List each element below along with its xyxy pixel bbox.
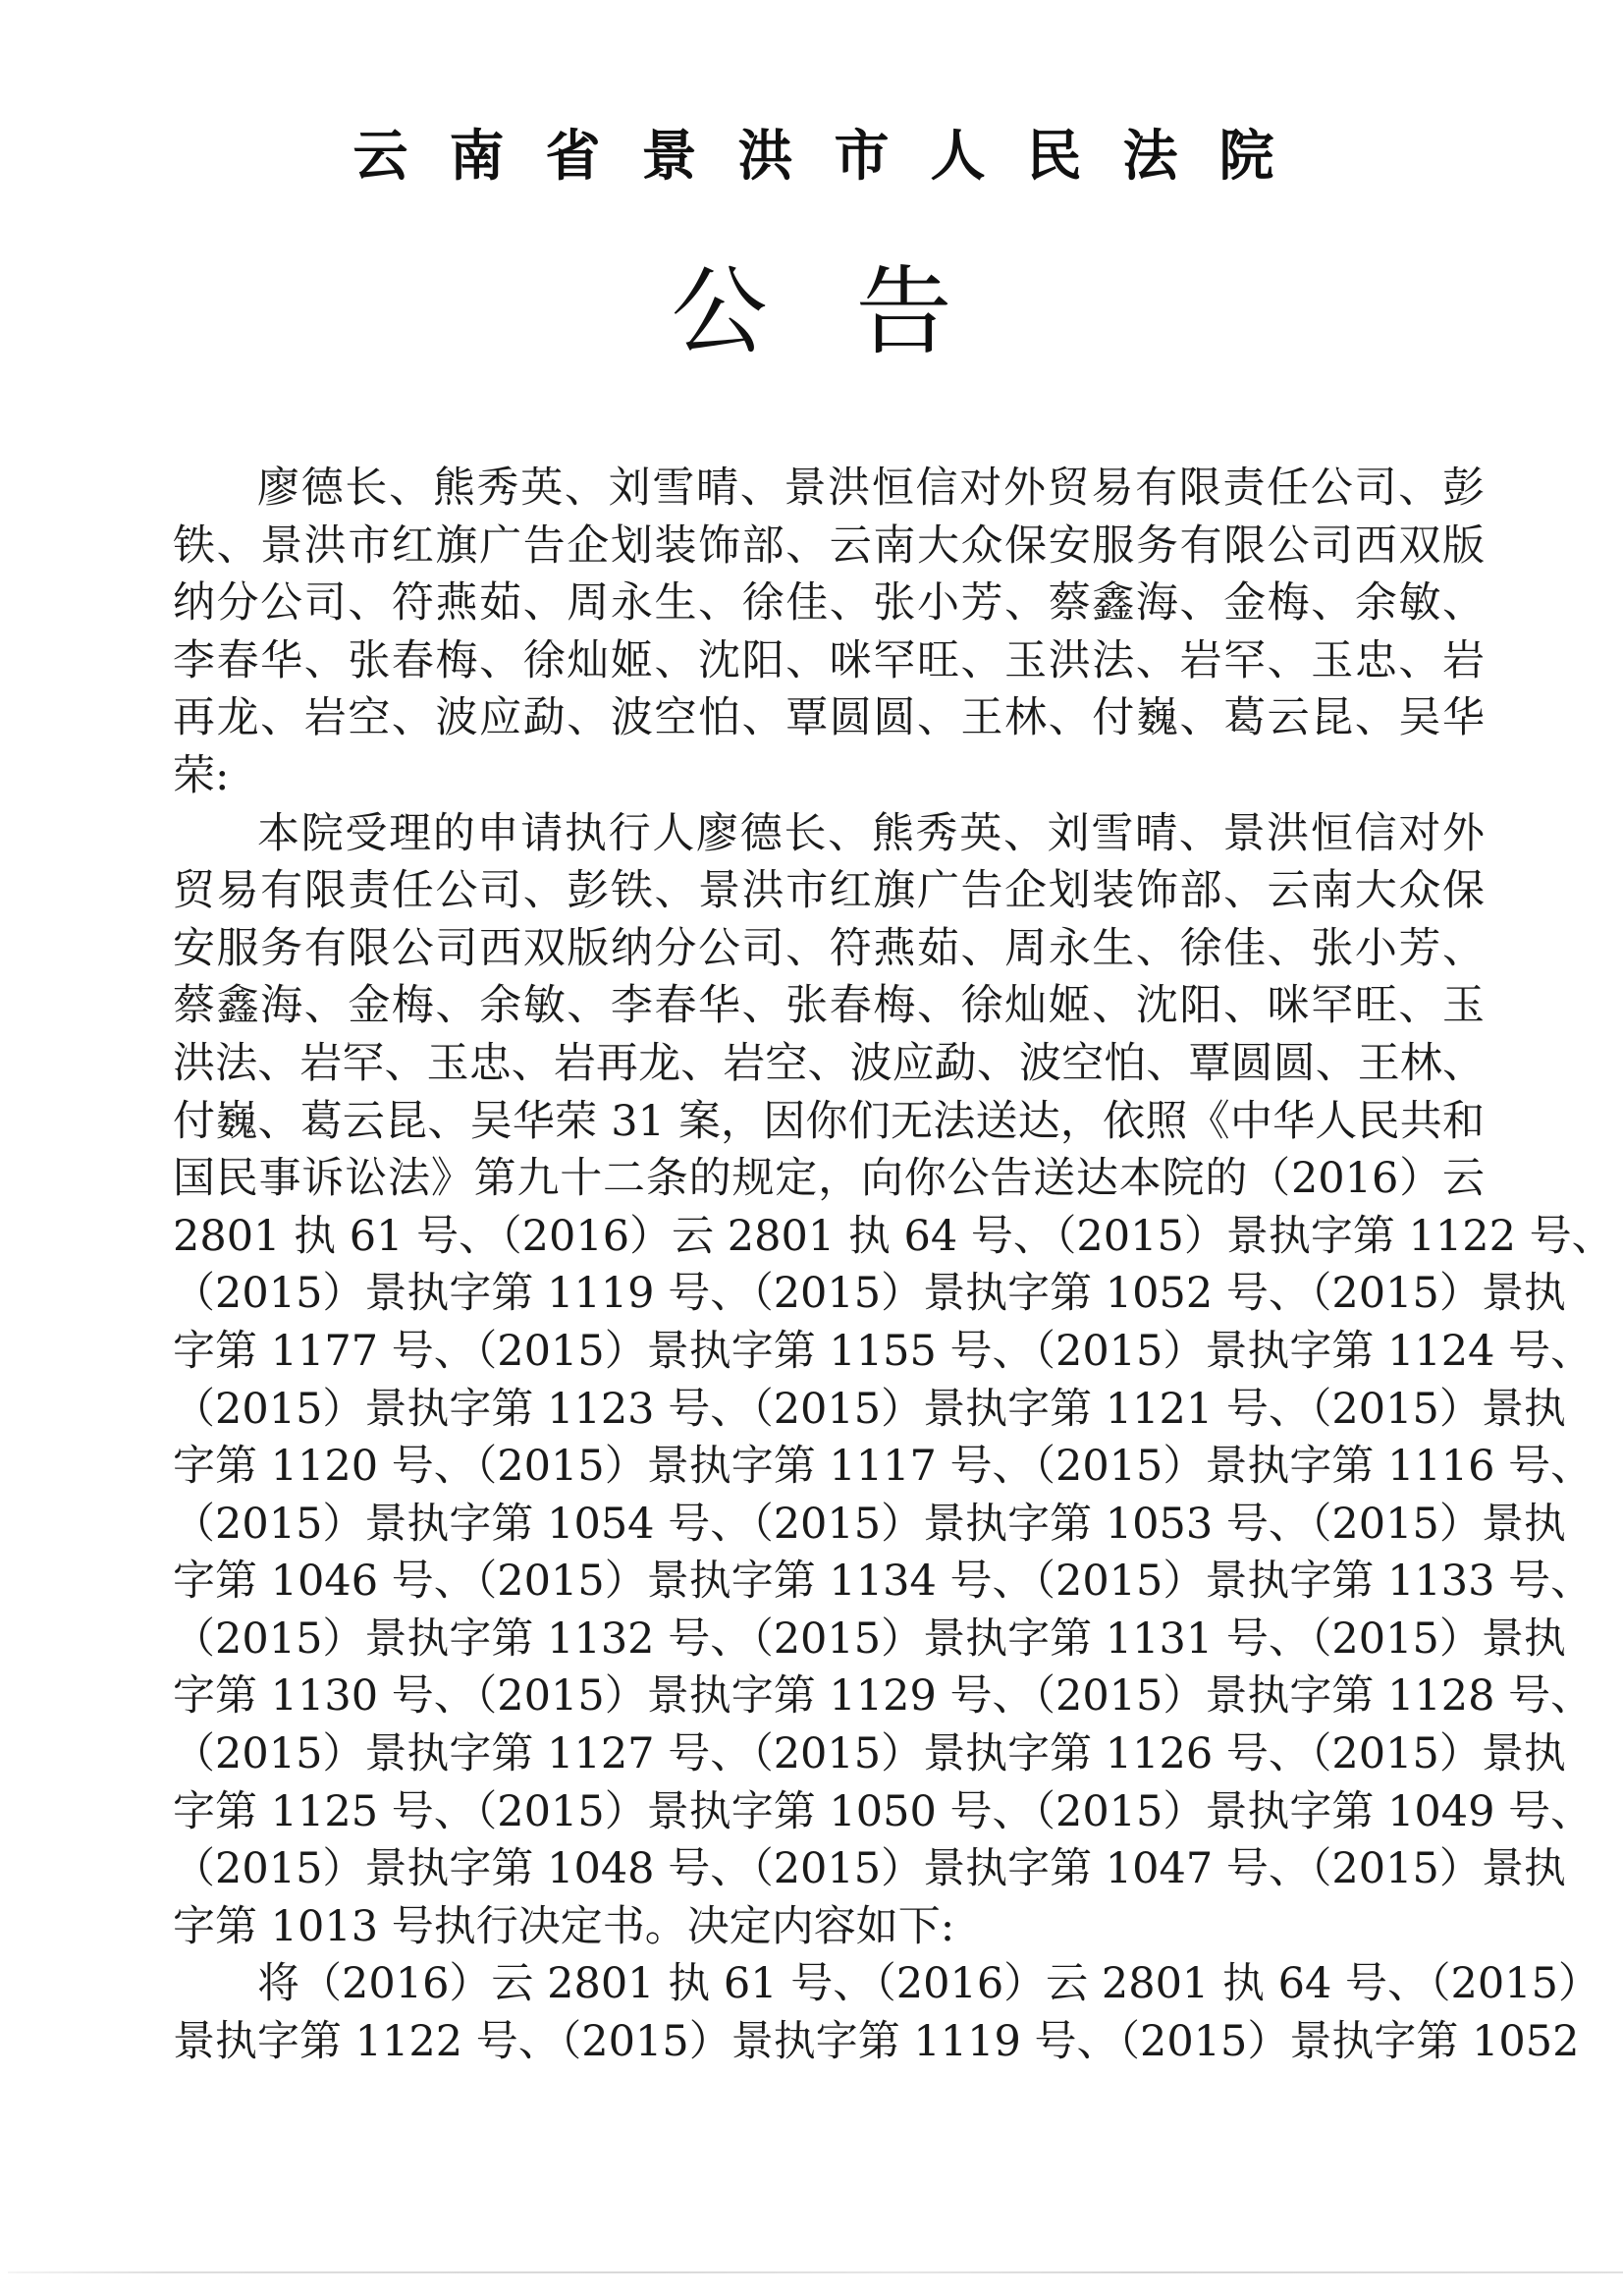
text-line: 字第 1130 号、（2015）景执字第 1129 号、（2015）景执字第 1… [173,1667,1485,1725]
court-name-char: 南 [450,123,501,191]
text-line: 字第 1125 号、（2015）景执字第 1050 号、（2015）景执字第 1… [173,1783,1485,1841]
notice-title-char: 公 [671,253,769,371]
text-line: 字第 1177 号、（2015）景执字第 1155 号、（2015）景执字第 1… [173,1323,1485,1381]
court-name-char: 院 [1219,123,1271,191]
text-line: 贸易有限责任公司、彭铁、景洪市红旗广告企划装饰部、云南大众保 [173,862,1485,920]
notice-title-char: 告 [855,253,953,371]
text-line: 字第 1013 号执行决定书。决定内容如下: [173,1898,1485,1956]
text-line: 本院受理的申请执行人廖德长、熊秀英、刘雪晴、景洪恒信对外 [173,805,1485,863]
text-line: 铁、景洪市红旗广告企划装饰部、云南大众保安服务有限公司西双版 [173,518,1485,575]
court-name-heading: 云南省景洪市人民法院 [0,123,1623,191]
text-line: （2015）景执字第 1054 号、（2015）景执字第 1053 号、（201… [173,1496,1485,1554]
text-line: 付巍、葛云昆、吴华荣 31 案，因你们无法送达，依照《中华人民共和 [173,1093,1485,1151]
text-line: 蔡鑫海、金梅、余敏、李春华、张春梅、徐灿姬、沈阳、咪罕旺、玉 [173,977,1485,1035]
text-line: 廖德长、熊秀英、刘雪晴、景洪恒信对外贸易有限责任公司、彭 [173,460,1485,518]
text-line: 景执字第 1122 号、（2015）景执字第 1119 号、（2015）景执字第… [173,2013,1485,2071]
text-line: 字第 1046 号、（2015）景执字第 1134 号、（2015）景执字第 1… [173,1553,1485,1611]
text-line: 洪法、岩罕、玉忠、岩再龙、岩空、波应勐、波空怕、覃圆圆、王林、 [173,1035,1485,1093]
text-line: （2015）景执字第 1123 号、（2015）景执字第 1121 号、（201… [173,1381,1485,1439]
notice-paragraph: 本院受理的申请执行人廖德长、熊秀英、刘雪晴、景洪恒信对外 贸易有限责任公司、彭铁… [173,805,1485,1956]
court-name-char: 人 [931,123,982,191]
text-line: 李春华、张春梅、徐灿姬、沈阳、咪罕旺、玉洪法、岩罕、玉忠、岩 [173,632,1485,690]
notice-title: 公告 [0,253,1623,371]
text-line: （2015）景执字第 1127 号、（2015）景执字第 1126 号、（201… [173,1725,1485,1783]
text-line: 将（2016）云 2801 执 61 号、（2016）云 2801 执 64 号… [173,1955,1485,2013]
text-line: 再龙、岩空、波应勐、波空怕、覃圆圆、王林、付巍、葛云昆、吴华 [173,689,1485,747]
decision-paragraph: 将（2016）云 2801 执 61 号、（2016）云 2801 执 64 号… [173,1955,1485,2070]
court-name-char: 市 [835,123,886,191]
notice-body: 廖德长、熊秀英、刘雪晴、景洪恒信对外贸易有限责任公司、彭 铁、景洪市红旗广告企划… [173,460,1485,2071]
court-name-char: 云 [353,123,405,191]
court-name-char: 省 [546,123,597,191]
court-name-char: 洪 [738,123,789,191]
court-name-char: 景 [642,123,693,191]
text-line: （2015）景执字第 1048 号、（2015）景执字第 1047 号、（201… [173,1840,1485,1898]
text-line: 荣: [173,747,1485,805]
text-line: （2015）景执字第 1119 号、（2015）景执字第 1052 号、（201… [173,1265,1485,1323]
court-name-char: 法 [1123,123,1174,191]
scan-artifact-line [8,2271,1623,2273]
text-line: 国民事诉讼法》第九十二条的规定，向你公告送达本院的（2016）云 [173,1150,1485,1208]
text-line: 字第 1120 号、（2015）景执字第 1117 号、（2015）景执字第 1… [173,1438,1485,1496]
text-line: 安服务有限公司西双版纳分公司、符燕茹、周永生、徐佳、张小芳、 [173,920,1485,978]
document-page: 云南省景洪市人民法院 公告 廖德长、熊秀英、刘雪晴、景洪恒信对外贸易有限责任公司… [0,0,1623,2296]
text-line: （2015）景执字第 1132 号、（2015）景执字第 1131 号、（201… [173,1611,1485,1668]
addressee-paragraph: 廖德长、熊秀英、刘雪晴、景洪恒信对外贸易有限责任公司、彭 铁、景洪市红旗广告企划… [173,460,1485,805]
court-name-char: 民 [1027,123,1078,191]
text-line: 2801 执 61 号、（2016）云 2801 执 64 号、（2015）景执… [173,1208,1485,1266]
text-line: 纳分公司、符燕茹、周永生、徐佳、张小芳、蔡鑫海、金梅、余敏、 [173,574,1485,632]
